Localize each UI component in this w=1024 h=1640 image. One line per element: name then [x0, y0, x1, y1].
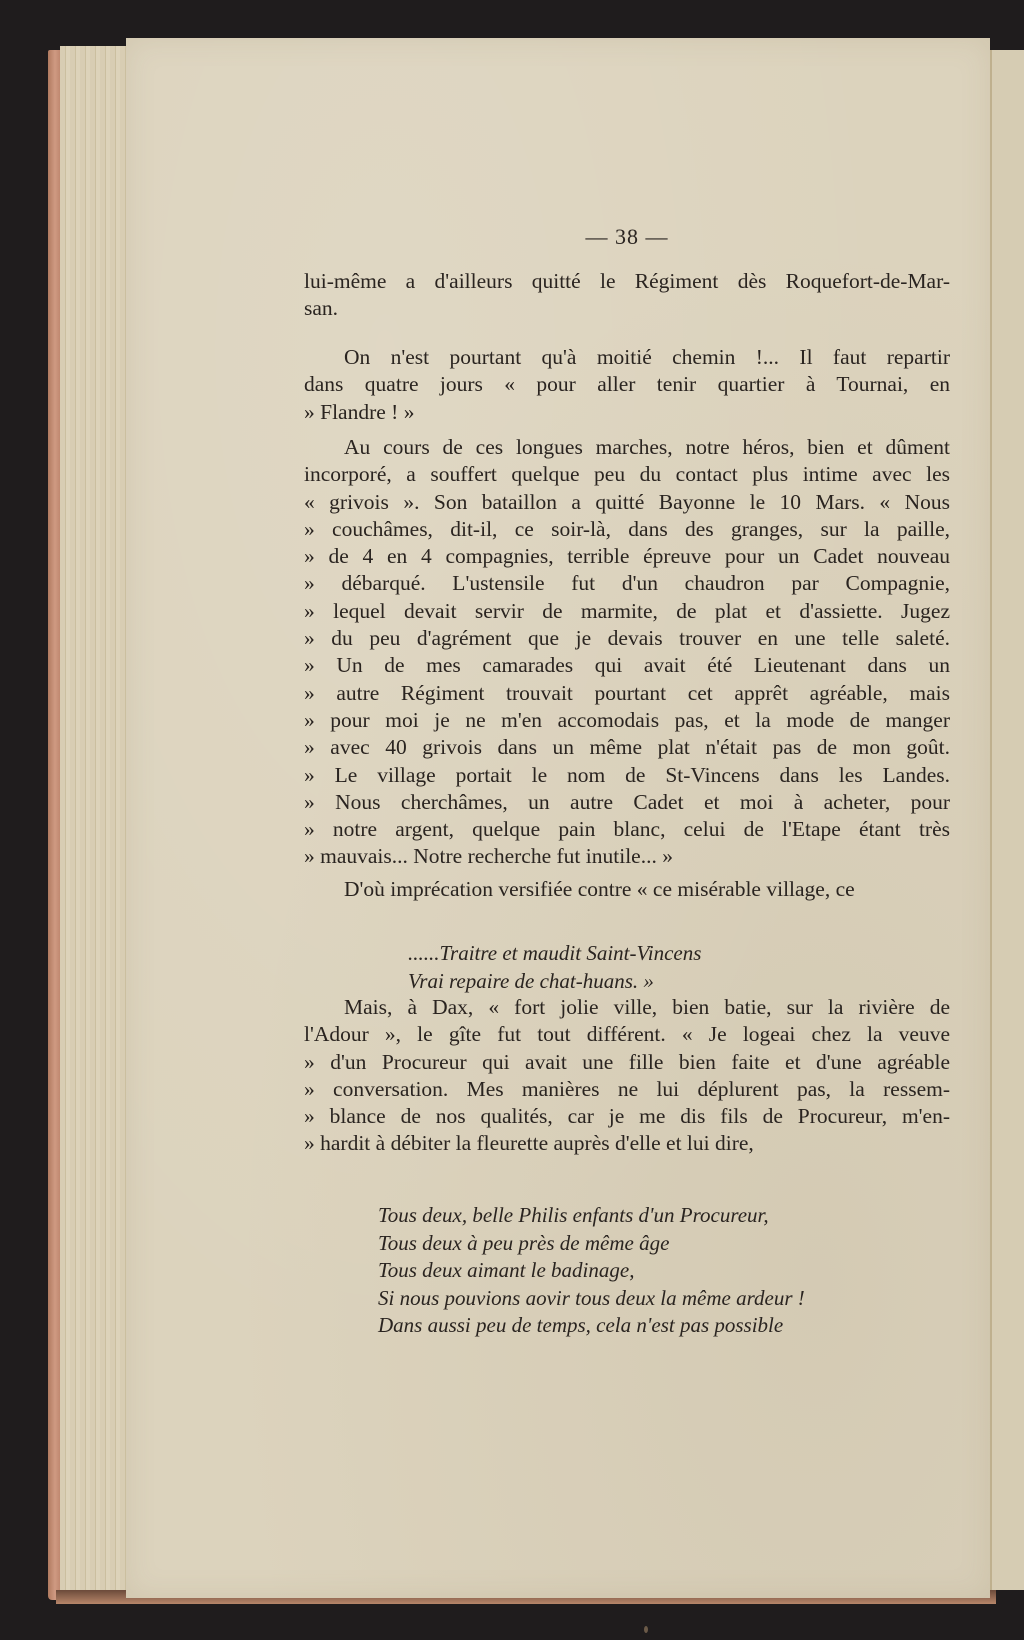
paragraph-4: D'où imprécation versifiée contre « ce m…	[304, 876, 950, 903]
text-line: » Flandre ! »	[304, 399, 950, 426]
text-line: » débarqué. L'ustensile fut d'un chaudro…	[304, 570, 950, 597]
text-line: » avec 40 grivois dans un même plat n'ét…	[304, 734, 950, 761]
text-line: » Nous cherchâmes, un autre Cadet et moi…	[304, 789, 950, 816]
text-line: » hardit à débiter la fleurette auprès d…	[304, 1130, 950, 1157]
facing-page-edge	[990, 50, 1024, 1590]
verse-line: Vrai repaire de chat-huans. »	[408, 968, 701, 996]
text-line: san.	[304, 295, 950, 322]
text-line: » d'un Procureur qui avait une fille bie…	[304, 1049, 950, 1076]
verse-line: Tous deux à peu près de même âge	[378, 1230, 805, 1258]
text-line: » couchâmes, dit-il, ce soir-là, dans de…	[304, 516, 950, 543]
paragraph-1: lui-même a d'ailleurs quitté le Régiment…	[304, 268, 950, 323]
page-stack-edges	[60, 46, 130, 1594]
verse-2: Tous deux, belle Philis enfants d'un Pro…	[378, 1202, 805, 1340]
text-line: » Le village portait le nom de St-Vincen…	[304, 762, 950, 789]
text-line: » lequel devait servir de marmite, de pl…	[304, 598, 950, 625]
paragraph-3: Au cours de ces longues marches, notre h…	[304, 434, 950, 871]
verse-line: Tous deux, belle Philis enfants d'un Pro…	[378, 1202, 805, 1230]
page-number: — 38 —	[304, 224, 950, 250]
text-line: » de 4 en 4 compagnies, terrible épreuve…	[304, 543, 950, 570]
text-line: incorporé, a souffert quelque peu du con…	[304, 461, 950, 488]
verse-line: Dans aussi peu de temps, cela n'est pas …	[378, 1312, 805, 1340]
text-line: On n'est pourtant qu'à moitié chemin !..…	[304, 344, 950, 371]
text-line: » conversation. Mes manières ne lui dépl…	[304, 1076, 950, 1103]
text-line: Au cours de ces longues marches, notre h…	[304, 434, 950, 461]
text-line: « grivois ». Son bataillon a quitté Bayo…	[304, 489, 950, 516]
paragraph-2: On n'est pourtant qu'à moitié chemin !..…	[304, 344, 950, 426]
text-line: Mais, à Dax, « fort jolie ville, bien ba…	[304, 994, 950, 1021]
verse-line: Tous deux aimant le badinage,	[378, 1257, 805, 1285]
text-line: » mauvais... Notre recherche fut inutile…	[304, 843, 950, 870]
text-line: » autre Régiment trouvait pourtant cet a…	[304, 680, 950, 707]
verse-line: ......Traitre et maudit Saint-Vincens	[408, 940, 701, 968]
text-line: » pour moi je ne m'en accomodais pas, et…	[304, 707, 950, 734]
text-line: D'où imprécation versifiée contre « ce m…	[304, 876, 950, 903]
text-line: dans quatre jours « pour aller tenir qua…	[304, 371, 950, 398]
paragraph-5: Mais, à Dax, « fort jolie ville, bien ba…	[304, 994, 950, 1158]
verse-line: Si nous pouvions aovir tous deux la même…	[378, 1285, 805, 1313]
text-line: » Un de mes camarades qui avait été Lieu…	[304, 652, 950, 679]
text-line: » notre argent, quelque pain blanc, celu…	[304, 816, 950, 843]
verse-1: ......Traitre et maudit Saint-Vincens Vr…	[408, 940, 701, 995]
text-line: » blance de nos qualités, car je me dis …	[304, 1103, 950, 1130]
paper-speck	[644, 1626, 648, 1633]
text-line: lui-même a d'ailleurs quitté le Régiment…	[304, 268, 950, 295]
text-line: l'Adour », le gîte fut tout différent. «…	[304, 1021, 950, 1048]
text-line: » du peu d'agrément que je devais trouve…	[304, 625, 950, 652]
